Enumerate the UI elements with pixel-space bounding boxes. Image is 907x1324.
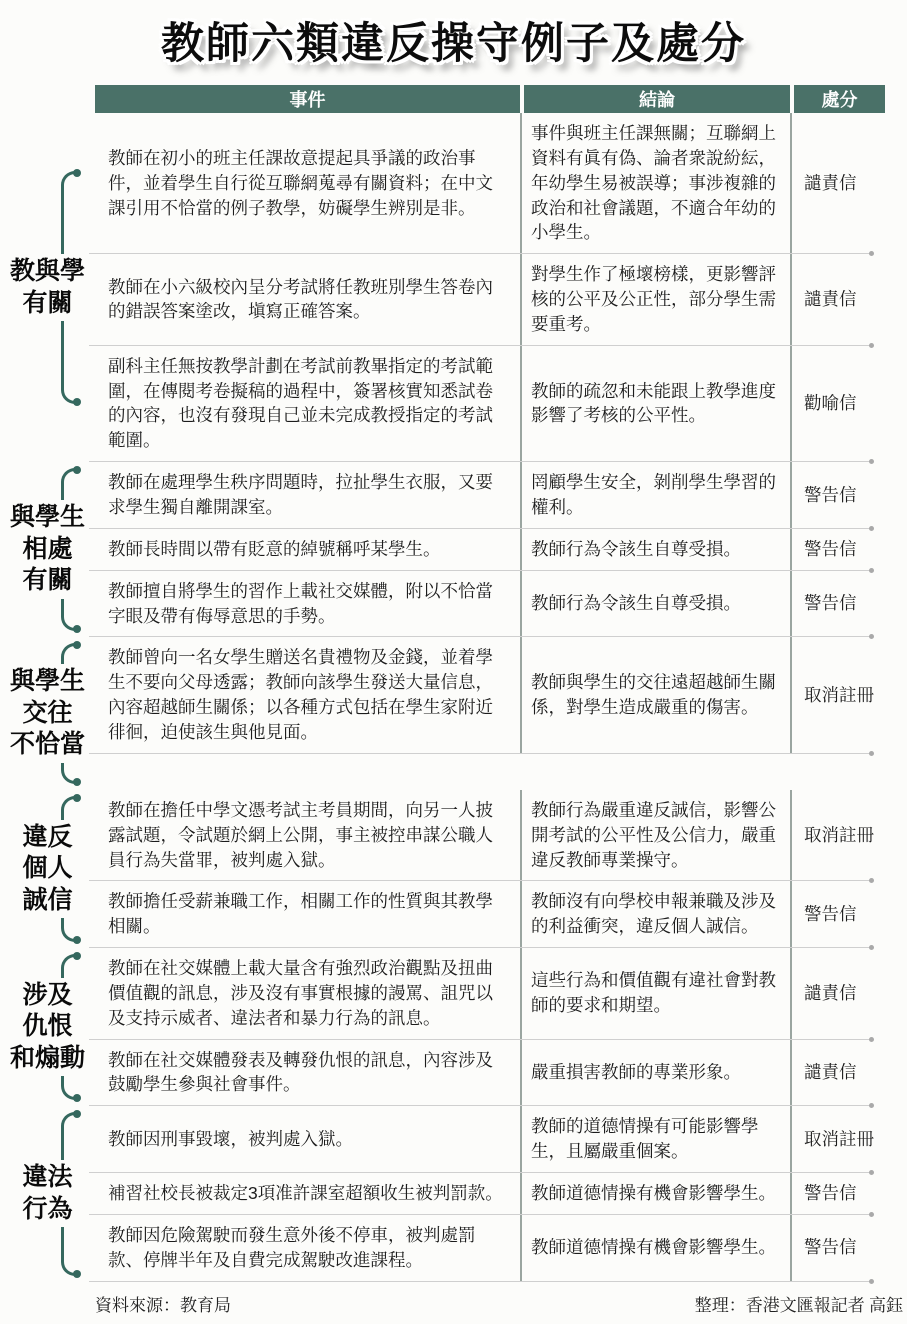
category-cell: 教與學有關: [0, 113, 95, 462]
conclusion-cell: 教師道德情操有機會影響學生。: [520, 1173, 790, 1215]
punishment-text: 勸喻信: [804, 391, 857, 416]
punishment-cell: 取消註冊: [790, 1106, 885, 1173]
category-label-line: 違反: [0, 822, 95, 854]
category-rows: 教師在擔任中學文憑考試主考員期間，向另一人披露試題，令試題於網上公開，事主被控串…: [95, 790, 885, 948]
event-cell: 教師因刑事毀壞，被判處入獄。: [95, 1106, 520, 1173]
category-group: 涉及仇恨和煽動 教師在社交媒體上載大量含有強烈政治觀點及扭曲價值觀的訊息，涉及沒…: [0, 948, 885, 1106]
punishment-cell: 譴責信: [790, 1040, 885, 1107]
punishment-text: 警告信: [804, 1235, 857, 1260]
table-header: 事件 結論 處分: [95, 85, 885, 113]
event-cell: 教師在社交媒體上載大量含有強烈政治觀點及扭曲價值觀的訊息，涉及沒有事實根據的謾罵…: [95, 948, 520, 1040]
category-group: 與學生交往不恰當 教師曾向一名女學生贈送名貴禮物及金錢，並着學生不要向父母透露；…: [0, 637, 885, 790]
category-bracket-top-icon: [61, 1112, 77, 1133]
category-label-line: 有關: [0, 288, 95, 320]
category-group: 與學生相處有關 教師在處理學生秩序問題時，拉扯學生衣服，又要求學生獨自離開課室。…: [0, 462, 885, 637]
category-label: 教與學有關: [0, 254, 95, 321]
event-text: 教師在社交媒體上載大量含有強烈政治觀點及扭曲價值觀的訊息，涉及沒有事實根據的謾罵…: [108, 956, 506, 1031]
category-label-line: 個人: [0, 853, 95, 885]
conclusion-cell: 教師的道德情操有可能影響學生，且屬嚴重個案。: [520, 1106, 790, 1173]
punishment-cell: 警告信: [790, 881, 885, 948]
event-cell: 教師在小六級校內呈分考試將任教班別學生答卷內的錯誤答案塗改，塡寫正確答案。: [95, 254, 520, 346]
punishment-text: 譴責信: [804, 1060, 857, 1085]
conclusion-cell: 教師行為令該生自尊受損。: [520, 571, 790, 638]
category-bracket-bottom-icon: [61, 1255, 77, 1276]
table-body: 教與學有關 教師在初小的班主任課故意提起具爭議的政治事件，並着學生自行從互聯網蒐…: [0, 113, 885, 1282]
category-bracket-line: [61, 489, 64, 500]
table-row: 教師擔任受薪兼職工作，相關工作的性質與其教學相關。 教師沒有向學校申報兼職及涉及…: [95, 881, 885, 948]
event-cell: 教師在處理學生秩序問題時，拉扯學生衣服，又要求學生獨自離開課室。: [95, 462, 520, 529]
event-cell: 補習社校長被裁定3項准許課室超額收生被判罰款。: [95, 1173, 520, 1215]
conclusion-cell: 教師行為嚴重違反誠信，影響公開考試的公平性及公信力，嚴重違反教師專業操守。: [520, 790, 790, 882]
table-row: 補習社校長被裁定3項准許課室超額收生被判罰款。 教師道德情操有機會影響學生。 警…: [95, 1173, 885, 1215]
category-label-line: 相處: [0, 534, 95, 566]
category-bracket-line: [61, 1133, 64, 1160]
event-text: 教師擅自將學生的習作上載社交媒體，附以不恰當字眼及帶有侮辱意思的手勢。: [108, 579, 506, 629]
misconduct-table: 事件 結論 處分 教與學有關 教師在初小的班主任課故意提起具爭議的政治事件，並着…: [0, 85, 885, 1282]
footer-credit: 整理：香港文匯報記者 高鈺: [695, 1291, 903, 1316]
punishment-text: 警告信: [804, 483, 857, 508]
category-bracket-top-icon: [61, 171, 77, 192]
table-row: 教師在社交媒體上載大量含有強烈政治觀點及扭曲價值觀的訊息，涉及沒有事實根據的謾罵…: [95, 948, 885, 1040]
event-cell: 教師長時間以帶有貶意的綽號稱呼某學生。: [95, 529, 520, 571]
event-text: 教師曾向一名女學生贈送名貴禮物及金錢，並着學生不要向父母透露；教師向該學生發送大…: [108, 645, 506, 744]
category-label-line: 仇恨: [0, 1011, 95, 1043]
conclusion-cell: 教師道德情操有機會影響學生。: [520, 1215, 790, 1282]
category-cell: 與學生相處有關: [0, 462, 95, 637]
category-bracket-bottom-icon: [61, 610, 77, 631]
event-text: 教師在社交媒體發表及轉發仇恨的訊息，內容涉及鼓勵學生參與社會事件。: [108, 1048, 506, 1098]
punishment-text: 警告信: [804, 902, 857, 927]
infographic-page: 教師六類違反操守例子及處分 事件 結論 處分 教與學有關 教師在初小的班主任課故…: [0, 0, 907, 1316]
column-header-conclusion: 結論: [520, 85, 790, 113]
conclusion-text: 罔顧學生安全，剝削學生學習的權利。: [531, 470, 782, 520]
conclusion-text: 教師沒有向學校申報兼職及涉及的利益衝突，違反個人誠信。: [531, 889, 782, 939]
punishment-text: 警告信: [804, 537, 857, 562]
category-rows: 教師在社交媒體上載大量含有強烈政治觀點及扭曲價值觀的訊息，涉及沒有事實根據的謾罵…: [95, 948, 885, 1106]
conclusion-cell: 教師與學生的交往遠超越師生關係，對學生造成嚴重的傷害。: [520, 637, 790, 753]
punishment-text: 取消註冊: [804, 823, 874, 848]
conclusion-cell: 教師行為令該生自尊受損。: [520, 529, 790, 571]
category-label-line: 不恰當: [0, 729, 95, 761]
conclusion-cell: 教師沒有向學校申報兼職及涉及的利益衝突，違反個人誠信。: [520, 881, 790, 948]
punishment-cell: 譴責信: [790, 113, 885, 254]
column-header-event: 事件: [95, 85, 520, 113]
category-cell: 違反個人誠信: [0, 790, 95, 948]
divider-dot-icon: [869, 751, 874, 756]
conclusion-text: 事件與班主任課無關；互聯網上資料有眞有偽、論者衆說紛紜，年幼學生易被誤導；事涉複…: [531, 121, 782, 245]
table-row: 教師擅自將學生的習作上載社交媒體，附以不恰當字眼及帶有侮辱意思的手勢。 教師行為…: [95, 571, 885, 638]
table-row: 教師曾向一名女學生贈送名貴禮物及金錢，並着學生不要向父母透露；教師向該學生發送大…: [95, 637, 885, 753]
category-bracket-bottom-icon: [61, 383, 77, 404]
category-bracket-top-icon: [61, 796, 77, 817]
conclusion-cell: 罔顧學生安全，剝削學生學習的權利。: [520, 462, 790, 529]
category-bracket-top-icon: [61, 643, 77, 664]
category-bracket-bottom-icon: [61, 763, 77, 784]
category-rows: 教師曾向一名女學生贈送名貴禮物及金錢，並着學生不要向父母透露；教師向該學生發送大…: [95, 637, 885, 790]
category-bracket-line: [61, 321, 64, 383]
table-row: 教師在擔任中學文憑考試主考員期間，向另一人披露試題，令試題於網上公開，事主被控串…: [95, 790, 885, 882]
event-cell: 副科主任無按教學計劃在考試前教畢指定的考試範圍，在傳閱考卷擬稿的過程中，簽署核實…: [95, 346, 520, 462]
category-label: 違法行為: [0, 1160, 95, 1227]
category-label-line: 涉及: [0, 980, 95, 1012]
event-cell: 教師擅自將學生的習作上載社交媒體，附以不恰當字眼及帶有侮辱意思的手勢。: [95, 571, 520, 638]
conclusion-text: 教師行為令該生自尊受損。: [531, 537, 741, 562]
category-bracket-line: [61, 192, 64, 254]
category-group: 違反個人誠信 教師在擔任中學文憑考試主考員期間，向另一人披露試題，令試題於網上公…: [0, 790, 885, 948]
punishment-text: 取消註冊: [804, 1127, 874, 1152]
conclusion-text: 教師行為嚴重違反誠信，影響公開考試的公平性及公信力，嚴重違反教師專業操守。: [531, 798, 782, 873]
event-text: 教師在初小的班主任課故意提起具爭議的政治事件，並着學生自行從互聯網蒐尋有關資料；…: [108, 146, 506, 221]
conclusion-cell: 嚴重損害教師的專業形象。: [520, 1040, 790, 1107]
category-bracket-line: [61, 599, 64, 610]
table-row: 教師在處理學生秩序問題時，拉扯學生衣服，又要求學生獨自離開課室。 罔顧學生安全，…: [95, 462, 885, 529]
punishment-text: 譴責信: [804, 171, 857, 196]
punishment-cell: 警告信: [790, 571, 885, 638]
category-group: 教與學有關 教師在初小的班主任課故意提起具爭議的政治事件，並着學生自行從互聯網蒐…: [0, 113, 885, 462]
category-bracket-bottom-icon: [61, 1079, 77, 1100]
conclusion-cell: 這些行為和價值觀有違社會對教師的要求和期望。: [520, 948, 790, 1040]
punishment-cell: 警告信: [790, 1173, 885, 1215]
conclusion-text: 這些行為和價值觀有違社會對教師的要求和期望。: [531, 968, 782, 1018]
category-label: 與學生交往不恰當: [0, 664, 95, 763]
column-header-punishment: 處分: [790, 85, 885, 113]
event-text: 教師在擔任中學文憑考試主考員期間，向另一人披露試題，令試題於網上公開，事主被控串…: [108, 798, 506, 873]
category-label: 涉及仇恨和煽動: [0, 978, 95, 1077]
category-rows: 教師在處理學生秩序問題時，拉扯學生衣服，又要求學生獨自離開課室。 罔顧學生安全，…: [95, 462, 885, 637]
event-cell: 教師在擔任中學文憑考試主考員期間，向另一人披露試題，令試題於網上公開，事主被控串…: [95, 790, 520, 882]
category-label-line: 與學生: [0, 502, 95, 534]
conclusion-cell: 事件與班主任課無關；互聯網上資料有眞有偽、論者衆說紛紜，年幼學生易被誤導；事涉複…: [520, 113, 790, 254]
event-text: 教師在小六級校內呈分考試將任教班別學生答卷內的錯誤答案塗改，塡寫正確答案。: [108, 275, 506, 325]
category-label-line: 和煽動: [0, 1043, 95, 1075]
conclusion-text: 教師的疏忽和未能跟上教學進度影響了考核的公平性。: [531, 379, 782, 429]
punishment-text: 取消註冊: [804, 683, 874, 708]
divider-dot-icon: [869, 1279, 874, 1284]
conclusion-cell: 對學生作了極壞榜樣，更影響評核的公平及公正性，部分學生需要重考。: [520, 254, 790, 346]
event-cell: 教師在初小的班主任課故意提起具爭議的政治事件，並着學生自行從互聯網蒐尋有關資料；…: [95, 113, 520, 254]
category-rows: 教師因刑事毀壞，被判處入獄。 教師的道德情操有可能影響學生，且屬嚴重個案。 取消…: [95, 1106, 885, 1281]
footer-source: 資料來源：教育局: [95, 1291, 231, 1316]
punishment-cell: 取消註冊: [790, 790, 885, 882]
category-label-line: 有關: [0, 565, 95, 597]
punishment-text: 警告信: [804, 591, 857, 616]
punishment-cell: 警告信: [790, 462, 885, 529]
punishment-text: 警告信: [804, 1181, 857, 1206]
table-row: 副科主任無按教學計劃在考試前教畢指定的考試範圍，在傳閱考卷擬稿的過程中，簽署核實…: [95, 346, 885, 462]
table-row: 教師因刑事毀壞，被判處入獄。 教師的道德情操有可能影響學生，且屬嚴重個案。 取消…: [95, 1106, 885, 1173]
category-label-line: 交往: [0, 698, 95, 730]
punishment-cell: 取消註冊: [790, 637, 885, 753]
table-row: 教師在小六級校內呈分考試將任教班別學生答卷內的錯誤答案塗改，塡寫正確答案。 對學…: [95, 254, 885, 346]
event-cell: 教師因危險駕駛而發生意外後不停車，被判處罰款、停牌半年及自費完成駕駛改進課程。: [95, 1215, 520, 1282]
category-label-line: 與學生: [0, 666, 95, 698]
category-label-line: 誠信: [0, 885, 95, 917]
category-rows: 教師在初小的班主任課故意提起具爭議的政治事件，並着學生自行從互聯網蒐尋有關資料；…: [95, 113, 885, 462]
conclusion-cell: 教師的疏忽和未能跟上教學進度影響了考核的公平性。: [520, 346, 790, 462]
category-cell: 與學生交往不恰當: [0, 637, 95, 790]
conclusion-text: 教師與學生的交往遠超越師生關係，對學生造成嚴重的傷害。: [531, 670, 782, 720]
punishment-cell: 譴責信: [790, 948, 885, 1040]
category-bracket-top-icon: [61, 468, 77, 489]
event-text: 補習社校長被裁定3項准許課室超額收生被判罰款。: [108, 1181, 503, 1206]
conclusion-text: 嚴重損害教師的專業形象。: [531, 1060, 741, 1085]
category-cell: 涉及仇恨和煽動: [0, 948, 95, 1106]
punishment-cell: 勸喻信: [790, 346, 885, 462]
category-bracket-line: [61, 1227, 64, 1254]
category-bracket-top-icon: [61, 954, 77, 975]
event-text: 教師因刑事毀壞，被判處入獄。: [108, 1127, 353, 1152]
category-bracket-bottom-icon: [61, 921, 77, 942]
conclusion-text: 教師的道德情操有可能影響學生，且屬嚴重個案。: [531, 1114, 782, 1164]
conclusion-text: 對學生作了極壞榜樣，更影響評核的公平及公正性，部分學生需要重考。: [531, 262, 782, 337]
table-row: 教師在初小的班主任課故意提起具爭議的政治事件，並着學生自行從互聯網蒐尋有關資料；…: [95, 113, 885, 254]
category-label-line: 行為: [0, 1194, 95, 1226]
punishment-cell: 警告信: [790, 1215, 885, 1282]
event-text: 教師因危險駕駛而發生意外後不停車，被判處罰款、停牌半年及自費完成駕駛改進課程。: [108, 1223, 506, 1273]
conclusion-text: 教師道德情操有機會影響學生。: [531, 1235, 776, 1260]
category-cell: 違法行為: [0, 1106, 95, 1281]
event-cell: 教師在社交媒體發表及轉發仇恨的訊息，內容涉及鼓勵學生參與社會事件。: [95, 1040, 520, 1107]
event-cell: 教師曾向一名女學生贈送名貴禮物及金錢，並着學生不要向父母透露；教師向該學生發送大…: [95, 637, 520, 753]
punishment-text: 譴責信: [804, 287, 857, 312]
conclusion-text: 教師道德情操有機會影響學生。: [531, 1181, 776, 1206]
punishment-cell: 譴責信: [790, 254, 885, 346]
category-label: 與學生相處有關: [0, 500, 95, 599]
table-row: 教師因危險駕駛而發生意外後不停車，被判處罰款、停牌半年及自費完成駕駛改進課程。 …: [95, 1215, 885, 1282]
punishment-cell: 警告信: [790, 529, 885, 571]
event-text: 教師擔任受薪兼職工作，相關工作的性質與其教學相關。: [108, 889, 506, 939]
punishment-text: 譴責信: [804, 981, 857, 1006]
table-row: 教師在社交媒體發表及轉發仇恨的訊息，內容涉及鼓勵學生參與社會事件。 嚴重損害教師…: [95, 1040, 885, 1107]
category-label: 違反個人誠信: [0, 820, 95, 919]
category-label-line: 違法: [0, 1162, 95, 1194]
event-cell: 教師擔任受薪兼職工作，相關工作的性質與其教學相關。: [95, 881, 520, 948]
category-label-line: 教與學: [0, 256, 95, 288]
event-text: 副科主任無按教學計劃在考試前教畢指定的考試範圍，在傳閱考卷擬稿的過程中，簽署核實…: [108, 354, 506, 453]
event-text: 教師在處理學生秩序問題時，拉扯學生衣服，又要求學生獨自離開課室。: [108, 470, 506, 520]
conclusion-text: 教師行為令該生自尊受損。: [531, 591, 741, 616]
event-text: 教師長時間以帶有貶意的綽號稱呼某學生。: [108, 537, 441, 562]
page-title: 教師六類違反操守例子及處分: [0, 10, 907, 71]
table-row: 教師長時間以帶有貶意的綽號稱呼某學生。 教師行為令該生自尊受損。 警告信: [95, 529, 885, 571]
footer: 資料來源：教育局 整理：香港文匯報記者 高鈺: [95, 1291, 903, 1316]
